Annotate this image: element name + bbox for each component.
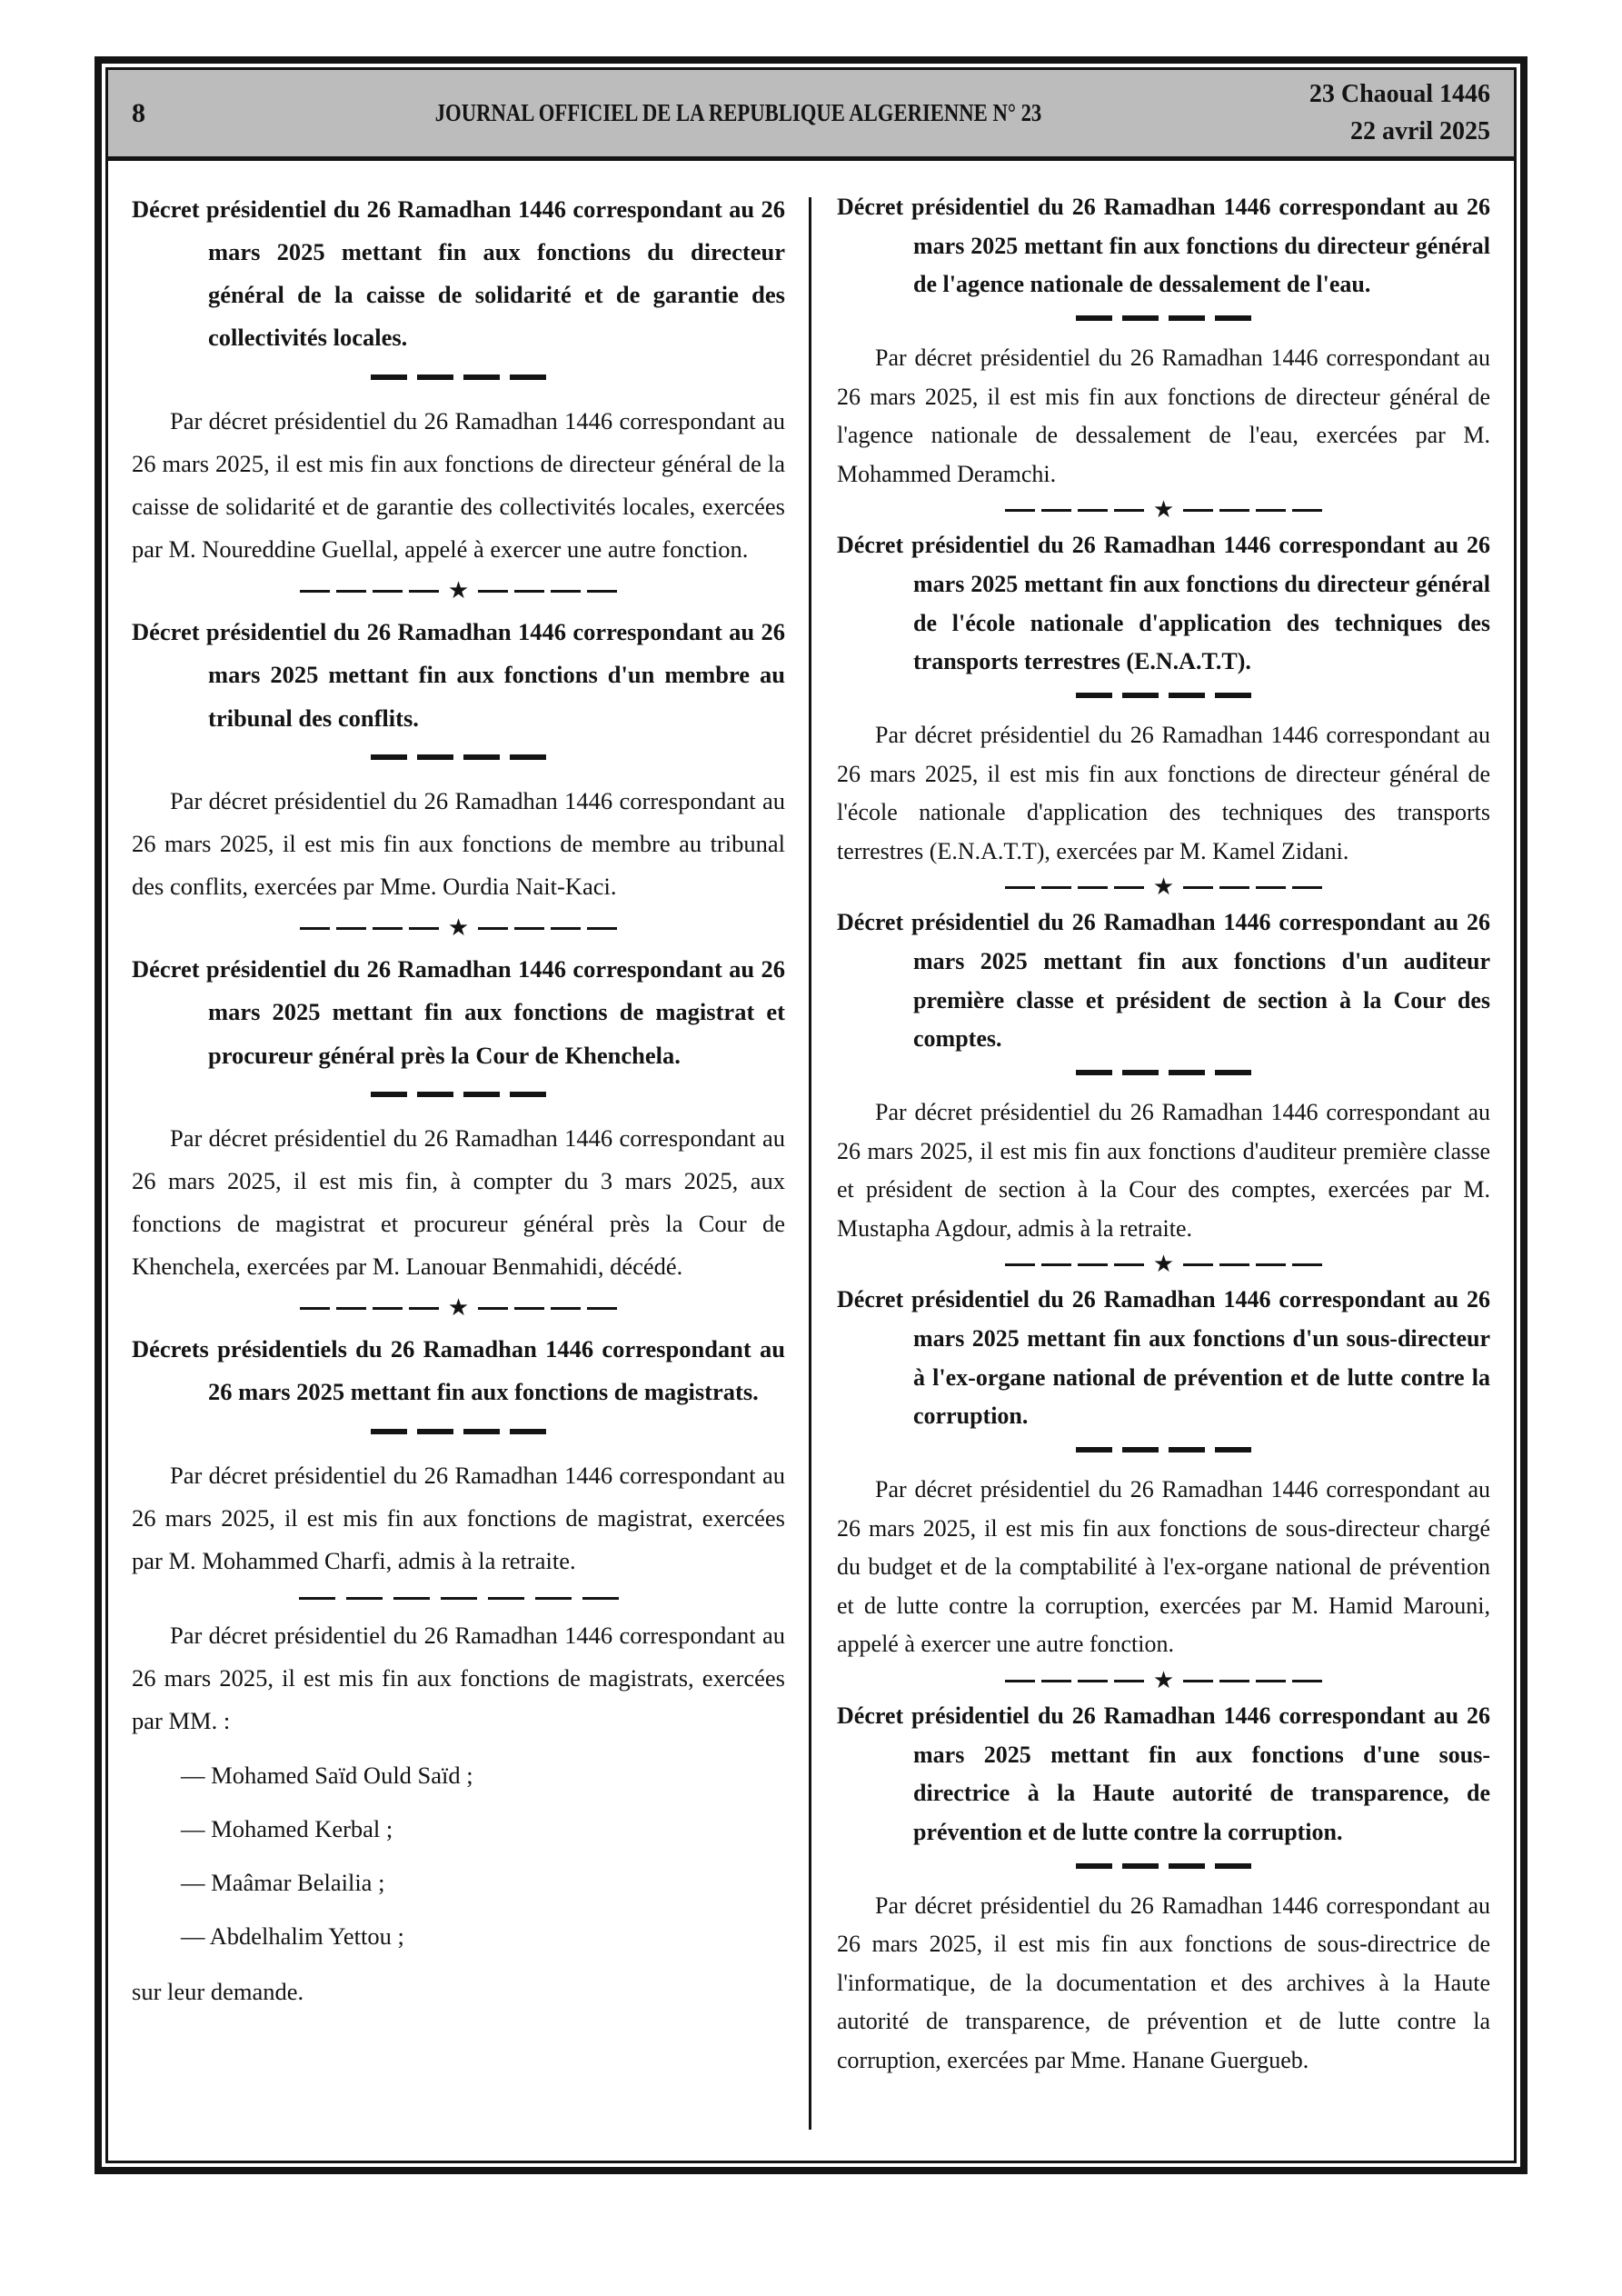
dash	[1041, 886, 1071, 889]
dash	[514, 590, 544, 593]
star-separator: ★	[837, 1672, 1490, 1690]
dash	[510, 1429, 546, 1434]
dash	[1169, 693, 1205, 698]
dash	[1183, 1680, 1213, 1682]
decree-paragraph: Par décret présidentiel du 26 Ramadhan 1…	[837, 1887, 1490, 2081]
dash	[510, 374, 546, 380]
dash	[1076, 315, 1112, 321]
dash	[478, 1307, 508, 1310]
dash	[1169, 1863, 1205, 1869]
dash	[336, 1307, 366, 1310]
dash	[1215, 1447, 1251, 1452]
dash	[417, 1429, 453, 1434]
list-item: — Mohamed Saïd Ould Saïd ;	[181, 1754, 785, 1797]
dash	[1114, 886, 1144, 889]
dash	[463, 1092, 500, 1097]
left-column: Décret présidentiel du 26 Ramadhan 1446 …	[108, 161, 809, 2161]
star-separator: ★	[132, 919, 785, 937]
dash	[1256, 1680, 1286, 1682]
dash	[1169, 315, 1205, 321]
dash	[1292, 1680, 1322, 1682]
star-icon: ★	[1153, 1672, 1174, 1690]
dash	[1169, 1070, 1205, 1075]
page-inner: 8 JOURNAL OFFICIEL DE LA REPUBLIQUE ALGE…	[105, 67, 1517, 2163]
list-item: — Abdelhalim Yettou ;	[181, 1915, 785, 1958]
dash	[1215, 1863, 1251, 1869]
dash	[371, 374, 407, 380]
dash-separator	[132, 374, 785, 380]
dash	[587, 927, 617, 930]
dash	[300, 1307, 330, 1310]
dash	[510, 754, 546, 760]
dash	[1292, 886, 1322, 889]
dash	[371, 1429, 407, 1434]
star-icon: ★	[448, 582, 469, 600]
dash	[514, 1307, 544, 1310]
dash	[1076, 1447, 1112, 1452]
dash-separator	[837, 693, 1490, 698]
decree-heading: Décret présidentiel du 26 Ramadhan 1446 …	[837, 1281, 1490, 1436]
star-icon: ★	[448, 1299, 469, 1317]
dash	[1256, 1263, 1286, 1266]
dash	[1078, 1680, 1108, 1682]
star-separator: ★	[837, 878, 1490, 896]
dash	[1122, 315, 1159, 321]
list-item: — Maâmar Belailia ;	[181, 1862, 785, 1904]
dash	[1219, 886, 1249, 889]
dash	[336, 927, 366, 930]
dash	[1078, 886, 1108, 889]
dash	[1041, 1263, 1071, 1266]
dash-separator	[837, 1447, 1490, 1452]
dash	[551, 1307, 581, 1310]
dash	[409, 590, 439, 593]
dash	[1114, 509, 1144, 512]
dash-separator	[837, 315, 1490, 321]
decree-paragraph: Par décret présidentiel du 26 Ramadhan 1…	[837, 1093, 1490, 1249]
dash	[300, 590, 330, 593]
star-icon: ★	[1153, 878, 1174, 896]
decree-paragraph: Par décret présidentiel du 26 Ramadhan 1…	[837, 716, 1490, 872]
dash	[478, 590, 508, 593]
issue-dates: 23 Chaoual 1446 22 avril 2025	[1263, 76, 1490, 150]
dash	[299, 1597, 335, 1600]
dash	[336, 590, 366, 593]
dash	[1076, 1863, 1112, 1869]
dash	[1041, 1680, 1071, 1682]
dash	[300, 927, 330, 930]
decree-heading: Décret présidentiel du 26 Ramadhan 1446 …	[837, 1697, 1490, 1852]
decree-paragraph: Par décret présidentiel du 26 Ramadhan 1…	[132, 780, 785, 908]
dash	[373, 590, 403, 593]
decree-heading: Décret présidentiel du 26 Ramadhan 1446 …	[837, 903, 1490, 1059]
dash	[1169, 1447, 1205, 1452]
page-frame: 8 JOURNAL OFFICIEL DE LA REPUBLIQUE ALGE…	[95, 56, 1527, 2174]
dash	[587, 1307, 617, 1310]
dash	[1076, 1070, 1112, 1075]
dash	[1122, 1447, 1159, 1452]
dash	[582, 1597, 619, 1600]
journal-page: 8 JOURNAL OFFICIEL DE LA REPUBLIQUE ALGE…	[0, 0, 1622, 2296]
star-separator: ★	[132, 1299, 785, 1317]
star-icon: ★	[1153, 1255, 1174, 1273]
dash	[587, 590, 617, 593]
dash	[1005, 886, 1035, 889]
dash	[1219, 509, 1249, 512]
decree-heading: Décrets présidentiels du 26 Ramadhan 144…	[132, 1328, 785, 1413]
dash	[409, 1307, 439, 1310]
star-icon: ★	[448, 919, 469, 937]
decree-paragraph: Par décret présidentiel du 26 Ramadhan 1…	[132, 1454, 785, 1582]
long-dash-separator	[132, 1597, 785, 1600]
dash	[441, 1597, 477, 1600]
journal-title: JOURNAL OFFICIEL DE LA REPUBLIQUE ALGERI…	[297, 99, 1179, 127]
dash	[1256, 509, 1286, 512]
list-item: — Mohamed Kerbal ;	[181, 1808, 785, 1851]
dash	[463, 754, 500, 760]
dash	[551, 590, 581, 593]
dash-separator	[837, 1863, 1490, 1869]
dash	[393, 1597, 430, 1600]
star-separator: ★	[837, 1255, 1490, 1273]
dash	[535, 1597, 572, 1600]
dash	[1005, 509, 1035, 512]
dash	[1005, 1680, 1035, 1682]
decree-heading: Décret présidentiel du 26 Ramadhan 1446 …	[132, 611, 785, 739]
dash	[371, 1092, 407, 1097]
page-number: 8	[132, 98, 214, 129]
dash	[417, 1092, 453, 1097]
dash-separator	[132, 1429, 785, 1434]
dash	[463, 1429, 500, 1434]
dash	[1041, 509, 1071, 512]
dash	[488, 1597, 524, 1600]
dash	[1122, 693, 1159, 698]
dash	[1215, 315, 1251, 321]
date-gregorian: 22 avril 2025	[1263, 114, 1490, 151]
decree-paragraph: Par décret présidentiel du 26 Ramadhan 1…	[837, 339, 1490, 494]
dash-separator	[132, 1092, 785, 1097]
dash	[1292, 1263, 1322, 1266]
dash	[346, 1597, 383, 1600]
dash	[1183, 886, 1213, 889]
dash-separator	[837, 1070, 1490, 1075]
dash	[371, 754, 407, 760]
decree-heading: Décret présidentiel du 26 Ramadhan 1446 …	[837, 188, 1490, 304]
dash	[1219, 1680, 1249, 1682]
dash	[1292, 509, 1322, 512]
dash	[551, 927, 581, 930]
decree-heading: Décret présidentiel du 26 Ramadhan 1446 …	[132, 948, 785, 1076]
dash	[1122, 1863, 1159, 1869]
dash	[417, 754, 453, 760]
dash	[478, 927, 508, 930]
dash	[1183, 1263, 1213, 1266]
dash	[463, 374, 500, 380]
decree-paragraph: Par décret présidentiel du 26 Ramadhan 1…	[837, 1471, 1490, 1664]
header-band: 8 JOURNAL OFFICIEL DE LA REPUBLIQUE ALGE…	[108, 70, 1514, 161]
dash	[1122, 1070, 1159, 1075]
dash	[373, 1307, 403, 1310]
star-separator: ★	[132, 582, 785, 600]
dash	[1215, 693, 1251, 698]
decree-paragraph: Par décret présidentiel du 26 Ramadhan 1…	[132, 1117, 785, 1289]
star-separator: ★	[837, 501, 1490, 519]
decree-heading: Décret présidentiel du 26 Ramadhan 1446 …	[837, 526, 1490, 682]
date-hijri: 23 Chaoual 1446	[1263, 76, 1490, 114]
page-content: Décret présidentiel du 26 Ramadhan 1446 …	[108, 161, 1514, 2161]
decree-paragraph: Par décret présidentiel du 26 Ramadhan 1…	[132, 400, 785, 572]
dash	[1078, 1263, 1108, 1266]
dash	[1114, 1263, 1144, 1266]
dash	[510, 1092, 546, 1097]
dash	[1078, 509, 1108, 512]
decree-paragraph: Par décret présidentiel du 26 Ramadhan 1…	[132, 1614, 785, 1742]
dash	[1005, 1263, 1035, 1266]
dash	[1256, 886, 1286, 889]
dash	[1215, 1070, 1251, 1075]
star-icon: ★	[1153, 501, 1174, 519]
dash	[417, 374, 453, 380]
decree-paragraph: sur leur demande.	[132, 1971, 785, 2013]
right-column: Décret présidentiel du 26 Ramadhan 1446 …	[811, 161, 1514, 2161]
dash	[1076, 693, 1112, 698]
dash	[1114, 1680, 1144, 1682]
dash	[409, 927, 439, 930]
dash	[514, 927, 544, 930]
decree-heading: Décret présidentiel du 26 Ramadhan 1446 …	[132, 188, 785, 360]
dash	[1183, 509, 1213, 512]
dash-separator	[132, 754, 785, 760]
dash	[373, 927, 403, 930]
dash	[1219, 1263, 1249, 1266]
